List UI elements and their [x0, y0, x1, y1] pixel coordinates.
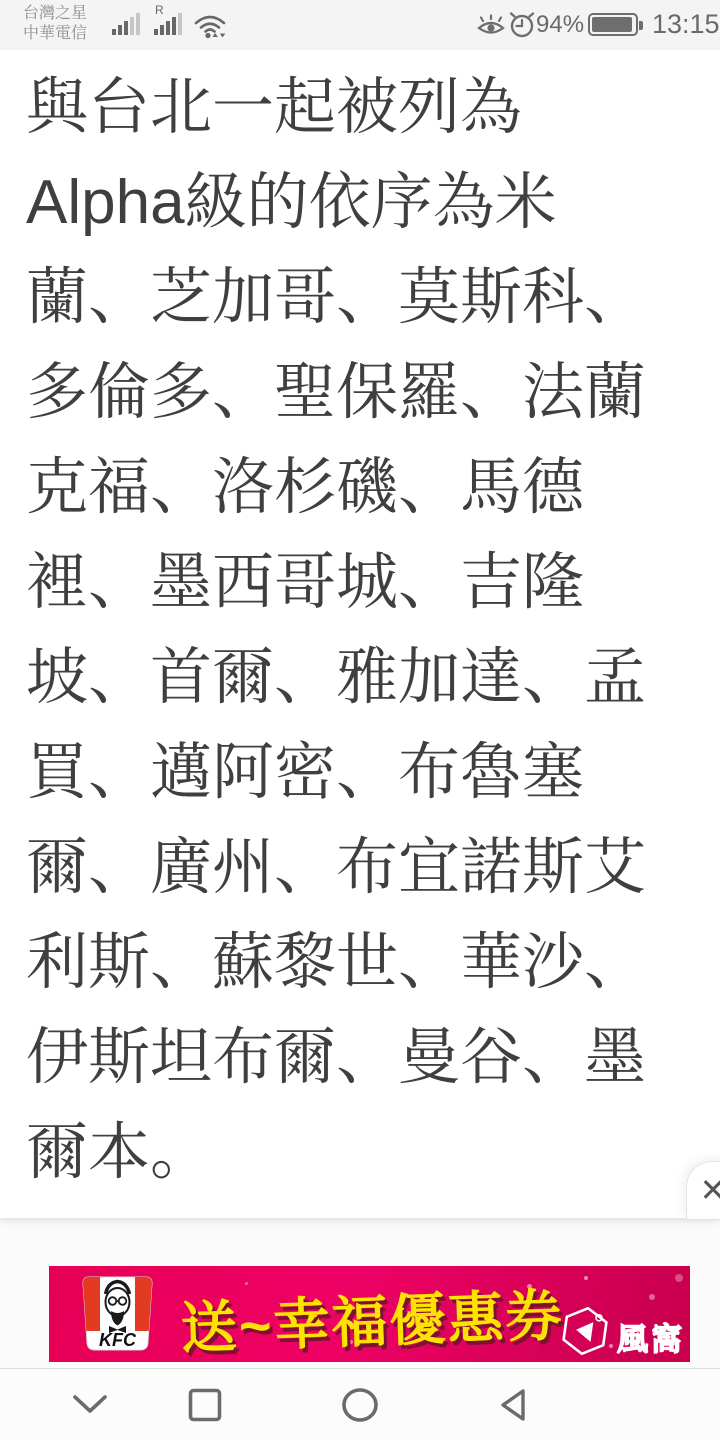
article-content: 與台北一起被列為 Alpha級的依序為米 蘭、芝加哥、莫斯科、 多倫多、聖保羅、… — [0, 50, 720, 1220]
fengwo-wordmark: 風窩 — [617, 1314, 685, 1359]
wifi-icon — [194, 10, 230, 40]
text-line: 爾、廣州、布宜諾斯艾 — [26, 820, 720, 915]
sparkle-dot — [649, 1294, 655, 1300]
ad-headline: 送~幸福優惠券 — [166, 1271, 579, 1362]
text-line: 克福、洛杉磯、馬德 — [26, 440, 720, 535]
hexagon-play-icon — [559, 1306, 613, 1358]
battery-fill — [592, 17, 632, 32]
text-line: 裡、墨西哥城、吉隆 — [26, 535, 720, 630]
navigation-bar — [0, 1368, 720, 1440]
close-icon[interactable]: ✕ — [693, 1170, 720, 1210]
text-line: 多倫多、聖保羅、法蘭 — [26, 345, 720, 440]
roaming-label: R — [155, 3, 164, 17]
signal-strength-roaming-icon: R — [152, 2, 188, 40]
text-line: Alpha級的依序為米 — [26, 155, 720, 250]
chevron-down-icon — [71, 1393, 109, 1417]
status-bar: 台灣之星 中華電信 R — [0, 0, 720, 50]
text-line: 買、邁阿密、布魯塞 — [26, 725, 720, 820]
sparkle-dot — [675, 1274, 683, 1282]
kfc-logo: KFC — [78, 1274, 157, 1353]
carrier-labels: 台灣之星 中華電信 — [23, 4, 103, 44]
circle-home-icon — [340, 1386, 380, 1424]
carrier-line2: 中華電信 — [23, 24, 103, 44]
ad-banner[interactable]: KFC 送~幸福優惠券 風窩 — [49, 1266, 690, 1362]
carrier-line1: 台灣之星 — [23, 4, 103, 24]
battery-percent: 94% — [536, 11, 584, 39]
battery-icon — [588, 13, 638, 36]
text-line: 蘭、芝加哥、莫斯科、 — [26, 250, 720, 345]
clock: 13:15 — [652, 9, 720, 40]
kfc-wordmark: KFC — [99, 1330, 137, 1350]
fengwo-logo: 風窩 — [559, 1306, 689, 1362]
phone-screen: 台灣之星 中華電信 R — [0, 0, 720, 1440]
battery-nub — [639, 21, 643, 30]
hide-navbar-button[interactable] — [54, 1369, 126, 1440]
back-button[interactable] — [477, 1369, 549, 1440]
alarm-icon — [508, 11, 536, 39]
text-line: 伊斯坦布爾、曼谷、墨 — [26, 1010, 720, 1105]
eye-comfort-icon — [477, 13, 505, 39]
triangle-back-icon — [496, 1387, 530, 1423]
text-line: 與台北一起被列為 — [26, 60, 720, 155]
text-line: 利斯、蘇黎世、華沙、 — [26, 915, 720, 1010]
dismiss-panel: ✕ — [686, 1161, 720, 1220]
sparkle-dot — [584, 1276, 588, 1280]
signal-strength-icon — [112, 10, 146, 38]
text-line: 坡、首爾、雅加達、孟 — [26, 630, 720, 725]
recents-button[interactable] — [169, 1369, 241, 1440]
home-button[interactable] — [324, 1369, 396, 1440]
text-line: 爾本。 — [26, 1105, 720, 1200]
square-recents-icon — [188, 1388, 222, 1422]
